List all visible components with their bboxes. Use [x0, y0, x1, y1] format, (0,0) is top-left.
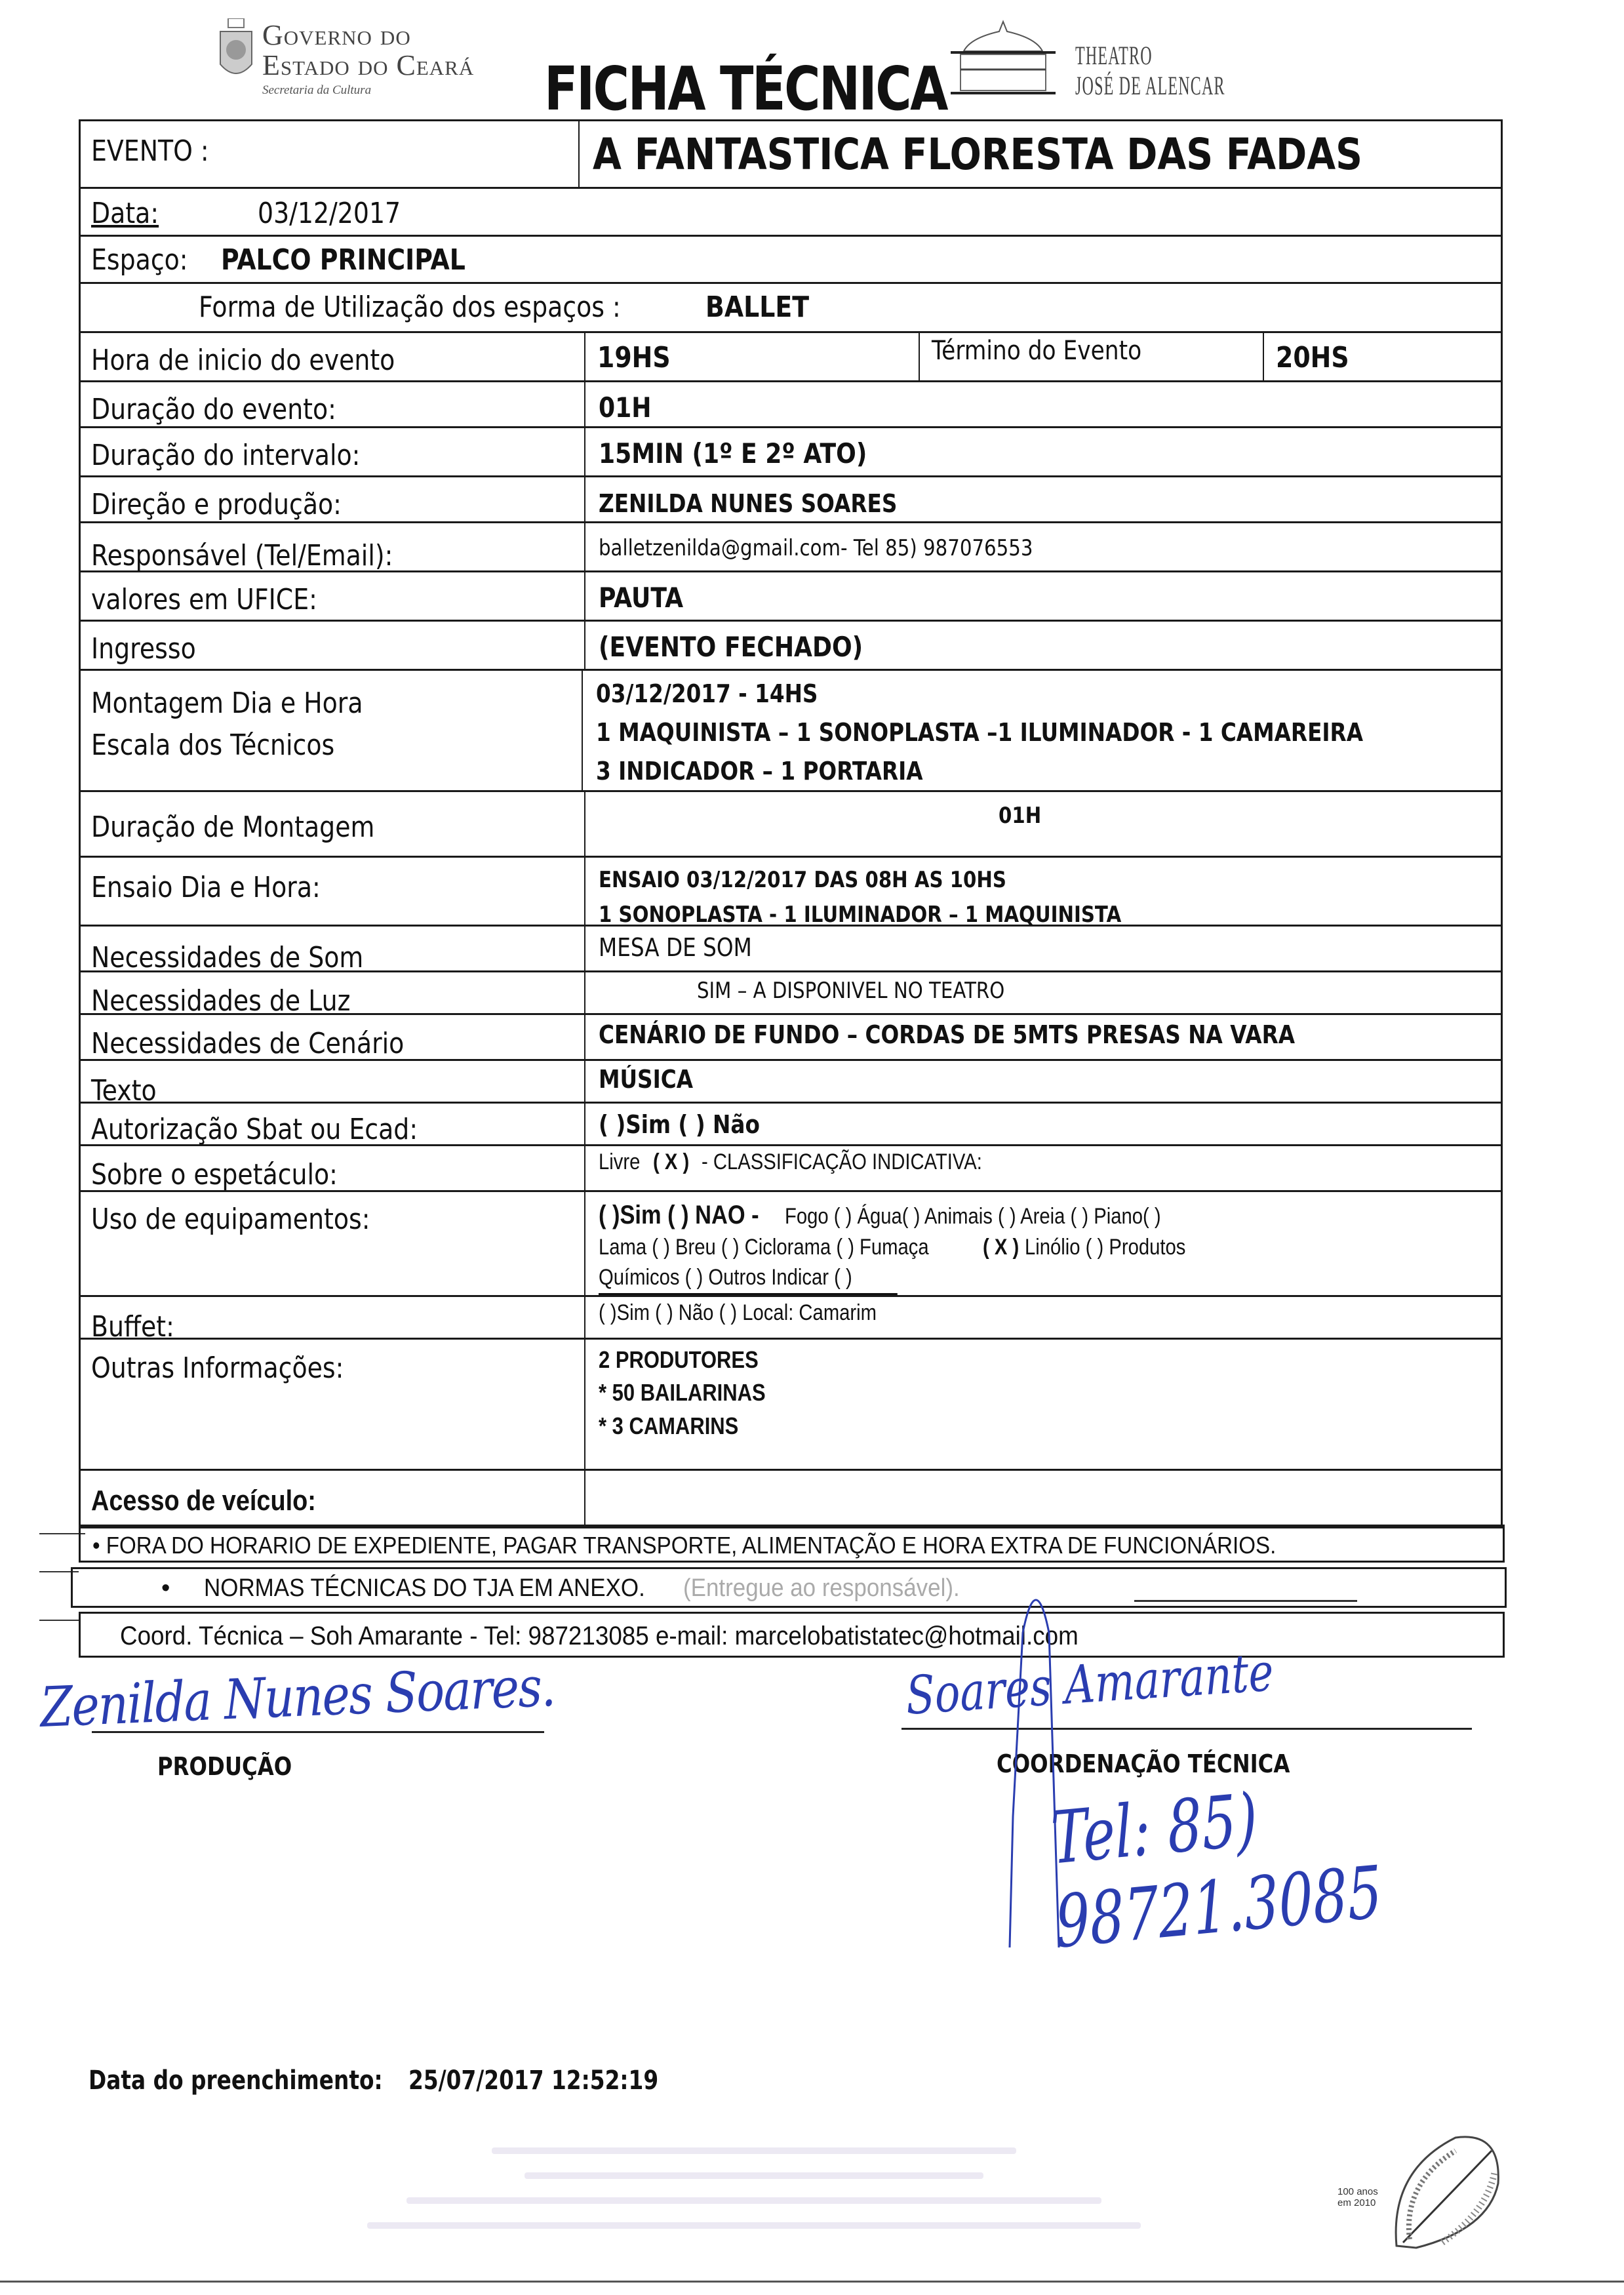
outras-label: Outras Informações: [91, 1350, 344, 1386]
row-espaco: Espaço: PALCO PRINCIPAL [81, 237, 1501, 284]
technical-sheet-table: EVENTO : A FANTASTICA FLORESTA DAS FADAS… [79, 119, 1503, 1528]
cenario-label: Necessidades de Cenário [91, 1026, 404, 1062]
coordenacao-signature-line [901, 1728, 1472, 1730]
equipamentos-line3: Químicos ( ) Outros Indicar ( ) [599, 1263, 897, 1295]
theatre-line2: JOSÉ DE ALENCAR [1075, 71, 1225, 101]
government-header: Governo do Estado do Ceará Secretaria da… [262, 21, 474, 96]
government-line1: Governo do [262, 21, 474, 50]
sobre-value-suffix: - CLASSIFICAÇÃO INDICATIVA: [702, 1147, 982, 1176]
page-title: FICHA TÉCNICA [544, 54, 947, 124]
theatre-header: THEATRO JOSÉ DE ALENCAR [1075, 41, 1225, 101]
outras-line: * 3 CAMARINS [599, 1410, 738, 1443]
fill-date-value: 25/07/2017 12:52:19 [408, 2065, 658, 2096]
forma-utilizacao-value: BALLET [705, 290, 809, 324]
equipamentos-sim-nao[interactable]: ( )Sim ( ) NAO - [599, 1197, 759, 1233]
ingresso-label: Ingresso [91, 631, 196, 667]
forma-utilizacao-label: Forma de Utilização dos espaços : [199, 290, 621, 324]
divider [39, 1620, 79, 1621]
equipamentos-line2b: Linólio ( ) Produtos [1025, 1233, 1185, 1263]
stamp-caption-line2: em 2010 [1337, 2198, 1378, 2209]
responsavel-value: balletzenilda@gmail.com- Tel 85) 9870765… [599, 534, 1033, 563]
faded-line [367, 2222, 1141, 2229]
ingresso-value: (EVENTO FECHADO) [599, 629, 863, 666]
termino-label: Término do Evento [932, 336, 1141, 366]
evento-value: A FANTASTICA FLORESTA DAS FADAS [593, 127, 1362, 183]
note-normas-faded: (Entregue ao responsável). [683, 1574, 960, 1603]
direcao-producao-label: Direção e produção: [91, 487, 342, 523]
row-duracao-evento: Duração do evento: 01H [81, 382, 1501, 428]
acesso-veiculo-label: Acesso de veículo: [91, 1483, 316, 1519]
note-normas-text: NORMAS TÉCNICAS DO TJA EM ANEXO. [204, 1574, 645, 1603]
ensaio-line: ENSAIO 03/12/2017 DAS 08H AS 10HS [599, 863, 1006, 898]
producao-signature-line [92, 1731, 544, 1733]
buffet-value: ( )Sim ( ) Não ( ) Local: Camarim [599, 1298, 877, 1327]
row-buffet: Buffet: ( )Sim ( ) Não ( ) Local: Camari… [81, 1297, 1501, 1340]
faded-line [492, 2147, 1016, 2154]
sobre-value-prefix: Livre [599, 1147, 640, 1176]
row-acesso-veiculo: Acesso de veículo: [81, 1471, 1501, 1527]
row-equipamentos: Uso de equipamentos: ( )Sim ( ) NAO - Fo… [81, 1192, 1501, 1297]
montagem-line: 1 MAQUINISTA – 1 SONOPLASTA –1 ILUMINADO… [596, 713, 1363, 752]
data-value: 03/12/2017 [258, 197, 401, 230]
data-label: Data: [91, 197, 159, 230]
responsavel-label: Responsável (Tel/Email): [91, 538, 393, 574]
duracao-evento-label: Duração do evento: [91, 391, 336, 428]
fill-date: Data do preenchimento:25/07/2017 12:52:1… [89, 2065, 658, 2096]
stamp-caption: 100 anos em 2010 [1337, 2187, 1378, 2208]
row-direcao-producao: Direção e produção: ZENILDA NUNES SOARES [81, 477, 1501, 523]
duracao-intervalo-label: Duração do intervalo: [91, 437, 360, 473]
autorizacao-value: ( )Sim ( ) Não [599, 1109, 760, 1141]
outras-line: 2 PRODUTORES [599, 1344, 759, 1376]
row-cenario: Necessidades de Cenário CENÁRIO DE FUNDO… [81, 1015, 1501, 1061]
bottom-edge [0, 2281, 1624, 2283]
row-hora-inicio: Hora de inicio do evento 19HS Término do… [81, 333, 1501, 382]
row-texto: Texto MÚSICA [81, 1061, 1501, 1104]
duracao-evento-value: 01H [599, 390, 652, 426]
row-luz: Necessidades de Luz SIM – A DISPONIVEL N… [81, 972, 1501, 1015]
montagem-line: 3 INDICADOR – 1 PORTARIA [596, 752, 923, 791]
duracao-montagem-value: 01H [999, 801, 1041, 830]
equipamentos-line2a: Lama ( ) Breu ( ) Ciclorama ( ) Fumaça [599, 1233, 929, 1263]
espaco-label: Espaço: [91, 243, 188, 277]
row-duracao-montagem: Duração de Montagem 01H [81, 792, 1501, 858]
direcao-producao-value: ZENILDA NUNES SOARES [599, 488, 897, 520]
texto-value: MÚSICA [599, 1064, 693, 1096]
hora-inicio-label: Hora de inicio do evento [91, 342, 395, 378]
espaco-value: PALCO PRINCIPAL [221, 243, 465, 277]
row-autorizacao: Autorização Sbat ou Ecad: ( )Sim ( ) Não [81, 1104, 1501, 1146]
equipamentos-line1: Fogo ( ) Água( ) Animais ( ) Areia ( ) P… [785, 1202, 1161, 1232]
coat-of-arms-icon [216, 18, 256, 84]
note-expediente: • FORA DO HORARIO DE EXPEDIENTE, PAGAR T… [79, 1525, 1505, 1563]
luz-label: Necessidades de Luz [91, 983, 350, 1019]
montagem-label: Montagem Dia e Hora [91, 683, 363, 725]
government-line2: Estado do Ceará [262, 51, 474, 80]
producao-signature: Zenilda Nunes Soares. [39, 1654, 555, 1740]
termino-value: 20HS [1276, 341, 1349, 374]
sobre-label: Sobre o espetáculo: [91, 1157, 338, 1193]
som-label: Necessidades de Som [91, 940, 363, 976]
duracao-intervalo-value: 15MIN (1º E 2º ATO) [599, 436, 867, 472]
producao-label: PRODUÇÃO [157, 1752, 292, 1781]
row-duracao-intervalo: Duração do intervalo: 15MIN (1º E 2º ATO… [81, 428, 1501, 477]
row-montagem: Montagem Dia e Hora Escala dos Técnicos … [81, 671, 1501, 792]
equipamentos-fumaca-checkbox[interactable]: ( X ) [983, 1233, 1019, 1263]
ensaio-label: Ensaio Dia e Hora: [91, 869, 321, 906]
row-responsavel: Responsável (Tel/Email): balletzenilda@g… [81, 523, 1501, 572]
row-forma-utilizacao: Forma de Utilização dos espaços : BALLET [81, 284, 1501, 333]
som-value: MESA DE SOM [599, 932, 752, 964]
valores-ufice-label: valores em UFICE: [91, 582, 317, 618]
evento-label: EVENTO : [91, 133, 209, 169]
row-ingresso: Ingresso (EVENTO FECHADO) [81, 622, 1501, 671]
outras-line: * 50 BAILARINAS [599, 1376, 766, 1409]
row-ensaio: Ensaio Dia e Hora: ENSAIO 03/12/2017 DAS… [81, 858, 1501, 927]
valores-ufice-value: PAUTA [599, 580, 683, 616]
faded-line [525, 2172, 983, 2179]
note-coord-tecnica-text: Coord. Técnica – Soh Amarante - Tel: 987… [120, 1622, 1079, 1651]
cenario-value: CENÁRIO DE FUNDO – CORDAS DE 5MTS PRESAS… [599, 1019, 1295, 1051]
theatre-facade-icon [944, 18, 1062, 97]
fill-date-label: Data do preenchimento: [89, 2065, 383, 2096]
row-outras-informacoes: Outras Informações: 2 PRODUTORES * 50 BA… [81, 1340, 1501, 1471]
faded-line [406, 2197, 1101, 2204]
row-som: Necessidades de Som MESA DE SOM [81, 927, 1501, 972]
escala-tecnicos-label: Escala dos Técnicos [91, 725, 334, 767]
autorizacao-label: Autorização Sbat ou Ecad: [91, 1111, 418, 1147]
bullet-icon: • [161, 1574, 170, 1603]
theatre-seal-icon [1377, 2131, 1501, 2249]
equipamentos-label: Uso de equipamentos: [91, 1201, 370, 1237]
faded-footer-address [328, 2147, 1180, 2247]
montagem-line: 03/12/2017 - 14HS [596, 675, 818, 713]
row-evento: EVENTO : A FANTASTICA FLORESTA DAS FADAS [81, 121, 1501, 189]
note-coord-tecnica: Coord. Técnica – Soh Amarante - Tel: 987… [79, 1612, 1505, 1658]
sobre-checkbox-livre[interactable]: ( X ) [653, 1147, 689, 1176]
row-valores-ufice: valores em UFICE: PAUTA [81, 572, 1501, 622]
signature-underline [1134, 1600, 1357, 1602]
government-line3: Secretaria da Cultura [262, 84, 474, 96]
stamp-caption-line1: 100 anos [1337, 2187, 1378, 2198]
row-data: Data: 03/12/2017 [81, 189, 1501, 237]
luz-value: SIM – A DISPONIVEL NO TEATRO [697, 976, 1004, 1005]
row-sobre: Sobre o espetáculo: Livre ( X ) - CLASSI… [81, 1146, 1501, 1192]
hora-inicio-value: 19HS [597, 341, 671, 374]
duracao-montagem-label: Duração de Montagem [91, 809, 374, 845]
theatre-line1: THEATRO [1075, 41, 1225, 71]
